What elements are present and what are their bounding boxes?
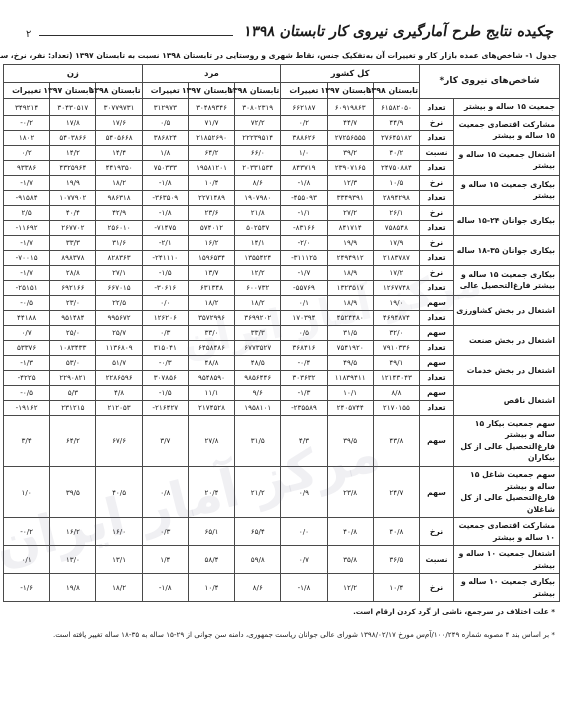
value-cell: ۷۱/۷ (188, 115, 234, 130)
indicator-label: بیکاری جوانان ۳۵-۱۸ ساله (454, 235, 560, 265)
value-cell: ۳۴۹۲۱۴ (4, 99, 50, 116)
value-cell: ۷۲/۲ (235, 115, 281, 130)
measure-type: تعداد (420, 190, 454, 205)
value-cell: ۶۵/۴ (235, 518, 281, 546)
indicator-label: اشتغال در بخش خدمات (454, 355, 560, 385)
value-cell: -۱/۸ (142, 175, 188, 190)
indicator-label: مشارکت اقتصادی جمعیت ۱۰ ساله و بیشتر (454, 518, 560, 546)
value-cell: ۲۷/۲ (327, 205, 373, 220)
value-cell: ۲۱۷۴۵۲۸ (188, 400, 234, 415)
value-cell: ۲۲۷۱۴۸۹ (188, 190, 234, 205)
value-cell: -۰/۳ (142, 355, 188, 370)
value-cell: -۱/۷ (281, 265, 327, 280)
indicator-label: بیکاری جمعیت ۱۰ ساله و بیشتر (454, 574, 560, 602)
table-caption: جدول ۱- شاخص‌های عمده بازار کار و تغییرا… (4, 51, 557, 60)
value-cell: ۳۹/۵ (327, 415, 373, 466)
value-cell: ۱۱۸۳۹۴۱۱ (327, 370, 373, 385)
value-cell: ۰/۳ (142, 325, 188, 340)
value-cell: -۷۰۰۱۵ (4, 250, 50, 265)
value-cell: ۴۳/۸ (373, 415, 419, 466)
value-cell: ۲/۵ (4, 205, 50, 220)
value-cell: ۳۰۸۰۲۳۱۹ (235, 99, 281, 116)
value-cell: ۴/۸ (96, 385, 142, 400)
value-cell: ۵۷۴۰۱۲ (188, 220, 234, 235)
value-cell: ۰/۲ (4, 145, 50, 160)
value-cell: ۳۱/۵ (327, 325, 373, 340)
indicator-label: جمعیت ۱۵ ساله و بیشتر (454, 99, 560, 116)
value-cell: ۱۰/۴ (188, 574, 234, 602)
value-cell: ۰/۰ (142, 295, 188, 310)
value-cell: ۴۴۱۹۳۵۰ (96, 160, 142, 175)
indicator-label: مشارکت اقتصادی جمعیت ۱۵ ساله و بیشتر (454, 115, 560, 145)
value-cell: ۱۸/۲ (96, 175, 142, 190)
value-cell: ۲۲۹۰۸۲۱ (50, 370, 96, 385)
value-cell: ۰/۵ (142, 115, 188, 130)
value-cell: ۶۳۱۳۴۸ (188, 280, 234, 295)
value-cell: -۱/۸ (142, 205, 188, 220)
value-cell: ۰/۰ (281, 518, 327, 546)
value-cell: ۱۲/۳ (327, 175, 373, 190)
value-cell: ۰/۵ (281, 325, 327, 340)
period-header: تابستان ۱۳۹۷ (50, 82, 96, 99)
measure-type: تعداد (420, 160, 454, 175)
value-cell: ۰/۱ (281, 295, 327, 310)
value-cell: ۹۸۵۶۴۴۶ (235, 370, 281, 385)
value-cell: -۱۱۶۹۲ (4, 220, 50, 235)
value-cell: ۳۶۸۴۱۶ (281, 340, 327, 355)
value-cell: ۱/۰ (4, 466, 50, 517)
value-cell: -۱/۶ (4, 574, 50, 602)
value-cell: ۱۴/۱ (235, 235, 281, 250)
value-cell: ۶۷۷۳۵۲۷ (235, 340, 281, 355)
value-cell: ۵۴۰۳۸۶۶ (50, 130, 96, 145)
value-cell: -۲/۰ (281, 235, 327, 250)
value-cell: ۶۶/۰ (235, 145, 281, 160)
value-cell: ۳۱/۶ (96, 235, 142, 250)
value-cell: ۲۵/۰ (50, 325, 96, 340)
value-cell: ۳۸۶۸۲۴ (142, 130, 188, 145)
table-header: شاخص‌های نیروی کار* کل کشور مرد زن تابست… (4, 65, 560, 99)
indicator-label: بیکاری جوانان ۲۴-۱۵ ساله (454, 205, 560, 235)
value-cell: ۱۹/۰ (373, 295, 419, 310)
indicator-label: بیکاری جمعیت ۱۵ ساله و بیشتر فارغ‌التحصی… (454, 265, 560, 295)
value-cell: -۱/۸ (281, 175, 327, 190)
value-cell: ۱۰/۴ (373, 574, 419, 602)
value-cell: -۸۳۱۶۶ (281, 220, 327, 235)
value-cell: ۵۳۳۷۶ (4, 340, 50, 355)
value-cell: -۰/۵ (4, 385, 50, 400)
value-cell: ۹/۶ (235, 385, 281, 400)
value-cell: ۳۹/۲ (327, 145, 373, 160)
value-cell: ۳۰۷۸۵۶ (142, 370, 188, 385)
measure-type: تعداد (420, 220, 454, 235)
value-cell: ۳۶/۵ (373, 546, 419, 574)
value-cell: ۲۰/۴ (188, 466, 234, 517)
value-cell: ۸۴۱۷۱۴ (327, 220, 373, 235)
value-cell: ۴۰/۸ (373, 518, 419, 546)
value-cell: ۸۴۳۷۱۹ (281, 160, 327, 175)
measure-type: نسبت (420, 145, 454, 160)
value-cell: ۳۳/۳ (50, 235, 96, 250)
value-cell: -۱/۳ (4, 355, 50, 370)
table-row: مشارکت اقتصادی جمعیت ۱۵ ساله و بیشترنرخ۴… (4, 115, 560, 130)
value-cell: ۳۰۳۶۳۲ (281, 370, 327, 385)
footnotes: * علت اختلاف در سرجمع، ناشی از گرد کردن … (0, 607, 555, 639)
value-cell: ۱۹۵۸۱۲۰۱ (188, 160, 234, 175)
indicator-label: اشتغال جمعیت ۱۰ ساله و بیشتر (454, 546, 560, 574)
value-cell: ۸/۶ (235, 175, 281, 190)
value-cell: ۳۰۷۷۹۷۳۱ (96, 99, 142, 116)
period-header: تابستان ۱۳۹۸ (96, 82, 142, 99)
value-cell: ۲۱۷۰۱۵۵ (373, 400, 419, 415)
value-cell: ۱۰۸۳۴۳۳ (50, 340, 96, 355)
value-cell: ۸/۸ (373, 385, 419, 400)
value-cell: ۶۱۵۸۲۰۵۰ (373, 99, 419, 116)
measure-type: تعداد (420, 280, 454, 295)
indicator-label: اشتغال در بخش کشاورزی (454, 295, 560, 325)
value-cell: ۴۰/۲ (373, 145, 419, 160)
value-cell: ۶۴۵۸۴۸۶ (188, 340, 234, 355)
footnote-rounding: * علت اختلاف در سرجمع، ناشی از گرد کردن … (0, 607, 555, 616)
value-cell: ۷۵۸۵۴۸ (373, 220, 419, 235)
value-cell: ۴۵۲۴۴۸۰ (327, 310, 373, 325)
measure-type: سهم (420, 385, 454, 400)
value-cell: ۱۴/۴ (96, 145, 142, 160)
footnote-youth-age-range: * بر اساس بند ۴ مصوبه شماره ۱۰۰/۲۴۹/آم‌س… (0, 630, 555, 639)
table-row: مشارکت اقتصادی جمعیت ۱۰ ساله و بیشترنرخ۴… (4, 518, 560, 546)
value-cell: ۵۰۲۵۳۷ (235, 220, 281, 235)
value-cell: ۱۸/۲ (235, 295, 281, 310)
value-cell: ۱۴/۲ (50, 145, 96, 160)
value-cell: ۱۳/۷ (188, 265, 234, 280)
value-cell: ۳۰۴۸۹۳۴۶ (188, 99, 234, 116)
value-cell: ۰/۳ (142, 518, 188, 546)
value-cell: -۱/۱ (281, 205, 327, 220)
value-cell: ۴۲/۹ (96, 205, 142, 220)
table-row: اشتغال در بخش صنعتسهم۳۲/۰۳۱/۵۰/۵۳۳/۳۳۳/۰… (4, 325, 560, 340)
table-row: جمعیت ۱۵ ساله و بیشترتعداد۶۱۵۸۲۰۵۰۶۰۹۱۹۸… (4, 99, 560, 116)
group-header-row: شاخص‌های نیروی کار* کل کشور مرد زن (4, 65, 560, 83)
table-row: بیکاری جمعیت ۱۵ ساله و بیشتر فارغ‌التحصی… (4, 265, 560, 280)
measure-type: نرخ (420, 235, 454, 250)
value-cell: ۲۱/۸ (235, 205, 281, 220)
value-cell: ۹۳۳۸۶ (4, 160, 50, 175)
value-cell: -۳۱۱۱۲۵ (281, 250, 327, 265)
value-cell: -۴۲۲۵ (4, 370, 50, 385)
value-cell: ۱۶/۲ (50, 518, 96, 546)
value-cell: ۲۱/۲ (235, 466, 281, 517)
value-cell: ۰/۷ (4, 325, 50, 340)
value-cell: ۲۶/۱ (373, 205, 419, 220)
value-cell: -۲۱۶۴۲۷ (142, 400, 188, 415)
value-cell: ۵۴۰۵۶۶۸ (96, 130, 142, 145)
measure-type: نرخ (420, 115, 454, 130)
value-cell: ۱۶/۰ (96, 518, 142, 546)
value-cell: ۶۹۲۱۶۶ (50, 280, 96, 295)
value-cell: ۰/۸ (142, 466, 188, 517)
value-cell: -۲۴۱۱۱۰ (142, 250, 188, 265)
value-cell: ۲۷۶۴۵۱۸۲ (373, 130, 419, 145)
value-cell: ۵۹/۸ (235, 546, 281, 574)
value-cell: ۳۶۹۹۲۰۲ (235, 310, 281, 325)
value-cell: -۲۵۱۵۱ (4, 280, 50, 295)
value-cell: ۲۳/۶ (188, 205, 234, 220)
value-cell: ۳۳/۰ (188, 325, 234, 340)
measure-type: سهم (420, 295, 454, 310)
value-cell: ۱۷/۲ (373, 265, 419, 280)
value-cell: ۱۳/۰ (50, 546, 96, 574)
value-cell: -۲۳۵۵۸۹ (281, 400, 327, 415)
value-cell: ۱۹۵۸۱۰۱ (235, 400, 281, 415)
value-cell: ۰/۷ (281, 546, 327, 574)
value-cell: ۱۳/۱ (96, 546, 142, 574)
value-cell: ۴۰/۸ (327, 518, 373, 546)
value-cell: ۱/۸ (142, 145, 188, 160)
period-header: تابستان ۱۳۹۷ (327, 82, 373, 99)
value-cell: -۱۹۱۶۲ (4, 400, 50, 415)
value-cell: ۴۰/۵ (96, 466, 142, 517)
value-cell: ۲۸۹۴۲۹۸ (373, 190, 419, 205)
value-cell: ۱۸/۹ (327, 295, 373, 310)
value-cell: ۲۱۲۰۵۳ (96, 400, 142, 415)
table-row: اشتغال ناقصسهم۸/۸۱۰/۱-۱/۳۹/۶۱۱/۱-۱/۵۴/۸۵… (4, 385, 560, 400)
document-page: مرکز آمار ایران مرکز آمار ایران چکیده نت… (0, 0, 563, 713)
value-cell: ۲۵/۷ (96, 325, 142, 340)
value-cell: ۲۳۱۲۱۵ (50, 400, 96, 415)
value-cell: ۵۱/۷ (96, 355, 142, 370)
value-cell: ۱۸۰۲ (4, 130, 50, 145)
value-cell: ۱۲۶۲۰۶ (142, 310, 188, 325)
table-row: بیکاری جوانان ۳۵-۱۸ سالهنرخ۱۷/۹۱۹/۹-۲/۰۱… (4, 235, 560, 250)
value-cell: ۲۷/۱ (96, 265, 142, 280)
value-cell: ۳۲/۰ (373, 325, 419, 340)
value-cell: -۰/۲ (4, 518, 50, 546)
indicator-label: اشتغال جمعیت ۱۵ ساله و بیشتر (454, 145, 560, 175)
value-cell: ۲۰۳۳۱۵۳۴ (235, 160, 281, 175)
value-cell: ۲۱۸۳۷۸۷ (373, 250, 419, 265)
value-cell: ۳۵/۸ (327, 546, 373, 574)
value-cell: ۲۲۲۳۹۵۱۴ (235, 130, 281, 145)
measure-type: تعداد (420, 99, 454, 116)
value-cell: ۱۸/۲ (96, 574, 142, 602)
value-cell: -۱/۷ (4, 235, 50, 250)
value-cell: ۷۵۴۱۹۲۰ (327, 340, 373, 355)
labor-force-table: شاخص‌های نیروی کار* کل کشور مرد زن تابست… (3, 64, 560, 602)
measure-type: سهم (420, 466, 454, 517)
value-cell: ۱۷/۸ (50, 115, 96, 130)
table-row: اشتغال جمعیت ۱۰ ساله و بیشترنسبت۳۶/۵۳۵/۸… (4, 546, 560, 574)
measure-type: نرخ (420, 574, 454, 602)
value-cell: ۶۷/۶ (96, 415, 142, 466)
indicator-label: سهم جمعیت شاغل ۱۵ ساله و بیشتر فارغ‌التح… (454, 466, 560, 517)
period-header: تابستان ۱۳۹۸ (373, 82, 419, 99)
value-cell: ۳۱/۵ (235, 415, 281, 466)
value-cell: -۰/۵ (4, 295, 50, 310)
value-cell: ۲۳/۰ (50, 295, 96, 310)
page-header: چکیده نتایج طرح آمارگیری نیروی کار تابست… (0, 0, 563, 40)
value-cell: ۶۴/۲ (188, 145, 234, 160)
measure-type: تعداد (420, 250, 454, 265)
period-header: تابستان ۱۳۹۷ (188, 82, 234, 99)
indicator-label: اشتغال در بخش صنعت (454, 325, 560, 355)
value-cell: ۲۷/۸ (188, 415, 234, 466)
value-cell: ۱۸/۹ (327, 265, 373, 280)
value-cell: ۲۳/۸ (327, 466, 373, 517)
value-cell: ۰/۲ (281, 115, 327, 130)
value-cell: ۱۵۹۶۵۳۴ (188, 250, 234, 265)
value-cell: ۵/۳ (50, 385, 96, 400)
value-cell: ۲۴۰۵۷۴۴ (327, 400, 373, 415)
value-cell: -۱/۷ (4, 265, 50, 280)
value-cell: ۱۰۷۷۹۰۲ (50, 190, 96, 205)
value-cell: ۵۸/۴ (188, 546, 234, 574)
period-header: تابستان ۱۳۹۸ (235, 82, 281, 99)
table-row: بیکاری جمعیت ۱۵ ساله و بیشترنرخ۱۰/۵۱۲/۳-… (4, 175, 560, 190)
value-cell: -۰/۲ (4, 115, 50, 130)
value-cell: ۴۸/۸ (188, 355, 234, 370)
value-cell: -۷۱۴۷۵ (142, 220, 188, 235)
value-cell: ۹۵۱۴۸۴ (50, 310, 96, 325)
value-cell: -۱/۸ (142, 574, 188, 602)
indicator-label: بیکاری جمعیت ۱۵ ساله و بیشتر (454, 175, 560, 205)
measure-type: تعداد (420, 340, 454, 355)
value-cell: ۲۸/۸ (50, 265, 96, 280)
value-cell: ۹۸۶۳۱۸ (96, 190, 142, 205)
value-cell: -۱/۷ (4, 175, 50, 190)
value-cell: ۳/۷ (142, 415, 188, 466)
indicator-label: اشتغال ناقص (454, 385, 560, 415)
value-cell: ۱۹/۸ (50, 574, 96, 602)
value-cell: ۳۳/۳ (235, 325, 281, 340)
table-row: سهم جمعیت بیکار ۱۵ ساله و بیشتر فارغ‌الت… (4, 415, 560, 466)
value-cell: ۳۳۴۹۳۹۱ (327, 190, 373, 205)
value-cell: -۹۱۵۸۴ (4, 190, 50, 205)
measure-type: سهم (420, 415, 454, 466)
value-cell: ۱۳۵۵۴۲۴ (235, 250, 281, 265)
value-cell: ۰/۱ (4, 546, 50, 574)
value-cell: ۱۹۰۷۹۸۰ (235, 190, 281, 205)
value-cell: ۲۴۷۵۰۸۸۴ (373, 160, 419, 175)
value-cell: ۷۹۱۰۳۳۶ (373, 340, 419, 355)
table-body: جمعیت ۱۵ ساله و بیشترتعداد۶۱۵۸۲۰۵۰۶۰۹۱۹۸… (4, 99, 560, 602)
value-cell: ۱۷۰۳۹۴ (281, 310, 327, 325)
table-row: اشتغال جمعیت ۱۵ ساله و بیشترنسبت۴۰/۲۳۹/۲… (4, 145, 560, 160)
value-cell: ۶۶۲۱۸۷ (281, 99, 327, 116)
measure-type: سهم (420, 355, 454, 370)
value-cell: -۵۵۷۶۹ (281, 280, 327, 295)
value-cell: ۱۳۲۳۵۱۷ (327, 280, 373, 295)
value-cell: ۱۶/۲ (188, 235, 234, 250)
value-cell: ۲۳۹۰۷۱۶۵ (327, 160, 373, 175)
value-cell: ۶۴/۲ (50, 415, 96, 466)
table-row: اشتغال در بخش خدماتسهم۴۹/۱۴۹/۵-۰/۴۴۸/۵۴۸… (4, 355, 560, 370)
table-row: اشتغال در بخش کشاورزیسهم۱۹/۰۱۸/۹۰/۱۱۸/۲۱… (4, 295, 560, 310)
value-cell: ۸۲۸۳۶۳ (96, 250, 142, 265)
value-cell: ۳۱۵۰۴۱ (142, 340, 188, 355)
value-cell: -۳۰۶۱۶ (142, 280, 188, 295)
value-cell: ۸/۶ (235, 574, 281, 602)
value-cell: ۳۹/۵ (50, 466, 96, 517)
measure-type: نسبت (420, 546, 454, 574)
value-cell: ۱۱۳۶۸۰۹ (96, 340, 142, 355)
value-cell: ۱۸/۲ (188, 295, 234, 310)
value-cell: ۱/۴ (142, 546, 188, 574)
group-header-male: مرد (142, 65, 281, 83)
value-cell: ۱۹/۹ (50, 175, 96, 190)
value-cell: ۲۵۶۰۱۰ (96, 220, 142, 235)
value-cell: -۴۵۵۰۹۳ (281, 190, 327, 205)
value-cell: ۱۲۶۷۷۴۸ (373, 280, 419, 295)
value-cell: ۴۳۲۵۹۶۴ (50, 160, 96, 175)
value-cell: -۰/۴ (281, 355, 327, 370)
value-cell: ۱۲۱۴۳۰۴۳ (373, 370, 419, 385)
value-cell: ۱۱/۱ (188, 385, 234, 400)
indicator-label: سهم جمعیت بیکار ۱۵ ساله و بیشتر فارغ‌الت… (454, 415, 560, 466)
value-cell: ۶۵/۱ (188, 518, 234, 546)
measure-type: تعداد (420, 130, 454, 145)
value-cell: -۱/۵ (142, 265, 188, 280)
measure-type: نرخ (420, 518, 454, 546)
value-cell: ۴۶۹۴۸۷۴ (373, 310, 419, 325)
page-number: ۲ (26, 29, 31, 40)
measure-type: نرخ (420, 265, 454, 280)
value-cell: ۳۸۸۶۲۶ (281, 130, 327, 145)
value-cell: ۴۰/۴ (50, 205, 96, 220)
value-cell: ۴۴۱۸۸ (4, 310, 50, 325)
value-cell: ۳۵۷۲۹۹۶ (188, 310, 234, 325)
measure-type: تعداد (420, 400, 454, 415)
value-cell: ۵۳/۰ (50, 355, 96, 370)
value-cell: ۸۹۸۳۷۸ (50, 250, 96, 265)
value-cell: ۴۸/۵ (235, 355, 281, 370)
value-cell: ۶۰۹۱۹۸۶۳ (327, 99, 373, 116)
value-cell: ۲۲۸۶۵۹۶ (96, 370, 142, 385)
value-cell: ۱۲/۲ (235, 265, 281, 280)
page-title: چکیده نتایج طرح آمارگیری نیروی کار تابست… (242, 24, 554, 40)
value-cell: ۴۴/۷ (327, 115, 373, 130)
value-cell: ۲۲/۵ (96, 295, 142, 310)
table-row: بیکاری جمعیت ۱۰ ساله و بیشترنرخ۱۰/۴۱۲/۲-… (4, 574, 560, 602)
measure-type: سهم (420, 325, 454, 340)
value-cell: ۳۰۴۳۰۵۱۷ (50, 99, 96, 116)
value-cell: ۴۴/۹ (373, 115, 419, 130)
value-cell: ۱۷/۶ (96, 115, 142, 130)
value-cell: ۲۶۷۷۰۲ (50, 220, 96, 235)
value-cell: ۹۹۵۶۷۲ (96, 310, 142, 325)
value-cell: -۱/۵ (142, 385, 188, 400)
measure-type: نرخ (420, 175, 454, 190)
group-header-total: کل کشور (281, 65, 420, 83)
value-cell: ۱۹/۹ (327, 235, 373, 250)
value-cell: ۴۹/۵ (327, 355, 373, 370)
value-cell: ۱۷/۹ (373, 235, 419, 250)
value-cell: ۱/۰ (281, 145, 327, 160)
table-row: بیکاری جوانان ۲۴-۱۵ سالهنرخ۲۶/۱۲۷/۲-۱/۱۲… (4, 205, 560, 220)
value-cell: ۱۲/۲ (327, 574, 373, 602)
value-cell: ۴/۳ (281, 415, 327, 466)
measure-type: نرخ (420, 205, 454, 220)
measure-type: تعداد (420, 310, 454, 325)
value-cell: ۲۷۲۵۶۵۵۵ (327, 130, 373, 145)
value-cell: ۱۰/۴ (188, 175, 234, 190)
value-cell: ۲۱۸۵۲۶۹۰ (188, 130, 234, 145)
value-cell: -۳۶۳۵۰۹ (142, 190, 188, 205)
value-cell: ۷۵۰۳۳۳ (142, 160, 188, 175)
value-cell: ۰/۹ (281, 466, 327, 517)
value-cell: ۹۵۴۸۵۹۰ (188, 370, 234, 385)
value-cell: ۱۰/۱ (327, 385, 373, 400)
indicator-header: شاخص‌های نیروی کار* (420, 65, 560, 99)
